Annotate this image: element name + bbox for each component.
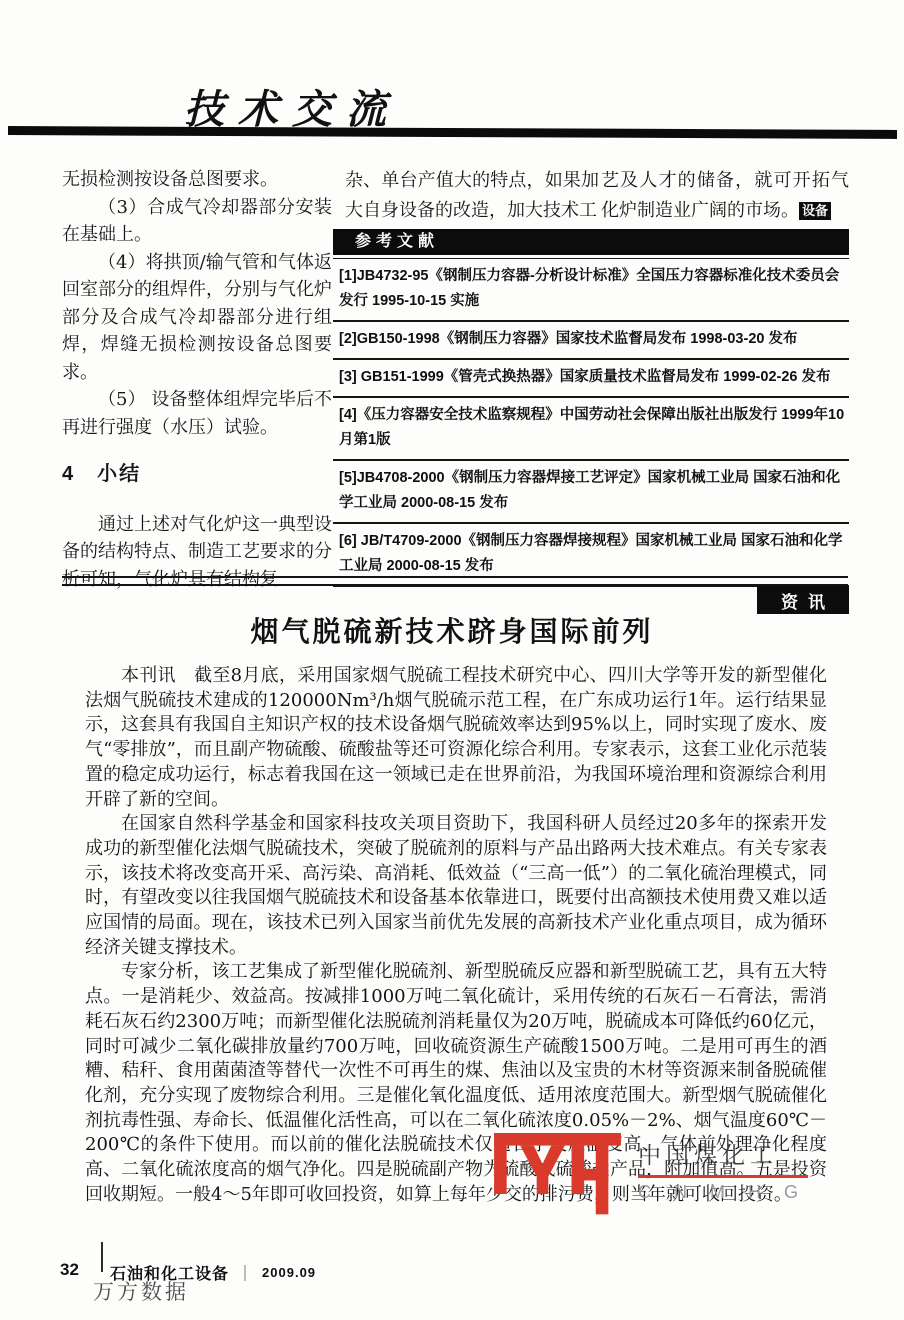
section-heading: 4 小结: [62, 461, 332, 489]
news-article-title: 烟气脱硫新技术跻身国际前列: [0, 610, 904, 650]
footer-divider-tick: [101, 1242, 103, 1272]
references-header: 参考文献: [333, 229, 849, 255]
article-middle-column: 杂、单台产值大的特点，如果加大自身设备的改造，加大技术工: [345, 166, 599, 226]
body-text: （3）合成气冷却器部分安装在基础上。: [62, 194, 332, 249]
logo-name-en: C N M H G: [638, 1182, 808, 1203]
cnmhg-logo-text: 中国煤化工 C N M H G: [638, 1133, 808, 1203]
body-text: （5） 设备整体组焊完毕后不再进行强度（水压）试验。: [62, 386, 332, 441]
masthead-rule: [8, 126, 897, 139]
wanfang-watermark: 万方数据: [93, 1276, 189, 1306]
references-list: [1]JB4732-95《钢制压力容器-分析设计标准》全国压力容器标准化技术委员…: [333, 258, 849, 587]
page-number: 32: [60, 1260, 79, 1280]
body-text: 杂、单台产值大的特点，如果加大自身设备的改造，加大技术工: [345, 166, 599, 226]
article-left-column: 无损检测按设备总图要求。 （3）合成气冷却器部分安装在基础上。 （4）将拱顶/输…: [62, 166, 332, 593]
logo-underline: [638, 1175, 808, 1178]
reference-item: [5]JB4708-2000《钢制压力容器焊接工艺评定》国家机械工业局 国家石油…: [333, 461, 849, 524]
journal-issue: 2009.09: [262, 1265, 316, 1280]
body-text: 在国家自然科学基金和国家科技攻关项目资助下，我国科研人员经过20多年的探索开发成…: [85, 812, 827, 960]
reference-item: [4]《压力容器安全技术监察规程》中国劳动社会保障出版社出版发行 1999年10…: [333, 398, 849, 461]
footer-divider: ｜: [237, 1261, 254, 1284]
logo-name-cn: 中国煤化工: [638, 1137, 808, 1170]
end-of-article-badge: 设备: [799, 202, 831, 220]
body-text: 艺及人才的储备，就可开拓气化炉制造业广阔的市场。设备: [601, 166, 849, 226]
section-divider: [62, 576, 848, 586]
references-section: 参考文献 [1]JB4732-95《钢制压力容器-分析设计标准》全国压力容器标准…: [333, 229, 849, 587]
article-right-column: 艺及人才的储备，就可开拓气化炉制造业广阔的市场。设备: [601, 166, 849, 226]
body-text: 本刊讯 截至8月底，采用国家烟气脱硫工程技术研究中心、四川大学等开发的新型催化法…: [85, 664, 827, 812]
reference-item: [1]JB4732-95《钢制压力容器-分析设计标准》全国压力容器标准化技术委员…: [333, 259, 849, 322]
reference-item: [2]GB150-1998《钢制压力容器》国家技术监督局发布 1998-03-2…: [333, 322, 849, 360]
body-text: 无损检测按设备总图要求。: [62, 166, 332, 194]
reference-item: [3] GB151-1999《管壳式换热器》国家质量技术监督局发布 1999-0…: [333, 360, 849, 398]
cnmhg-logo-mark-icon: [492, 1133, 624, 1225]
cnmhg-logo: 中国煤化工 C N M H G: [492, 1133, 808, 1225]
body-text: （4）将拱顶/输气管和气体返回室部分的组焊件，分别与气化炉部分及合成气冷却器部分…: [62, 249, 332, 387]
journal-page: 技术交流 无损检测按设备总图要求。 （3）合成气冷却器部分安装在基础上。 （4）…: [0, 0, 904, 1320]
news-article-body: 本刊讯 截至8月底，采用国家烟气脱硫工程技术研究中心、四川大学等开发的新型催化法…: [85, 664, 827, 1207]
